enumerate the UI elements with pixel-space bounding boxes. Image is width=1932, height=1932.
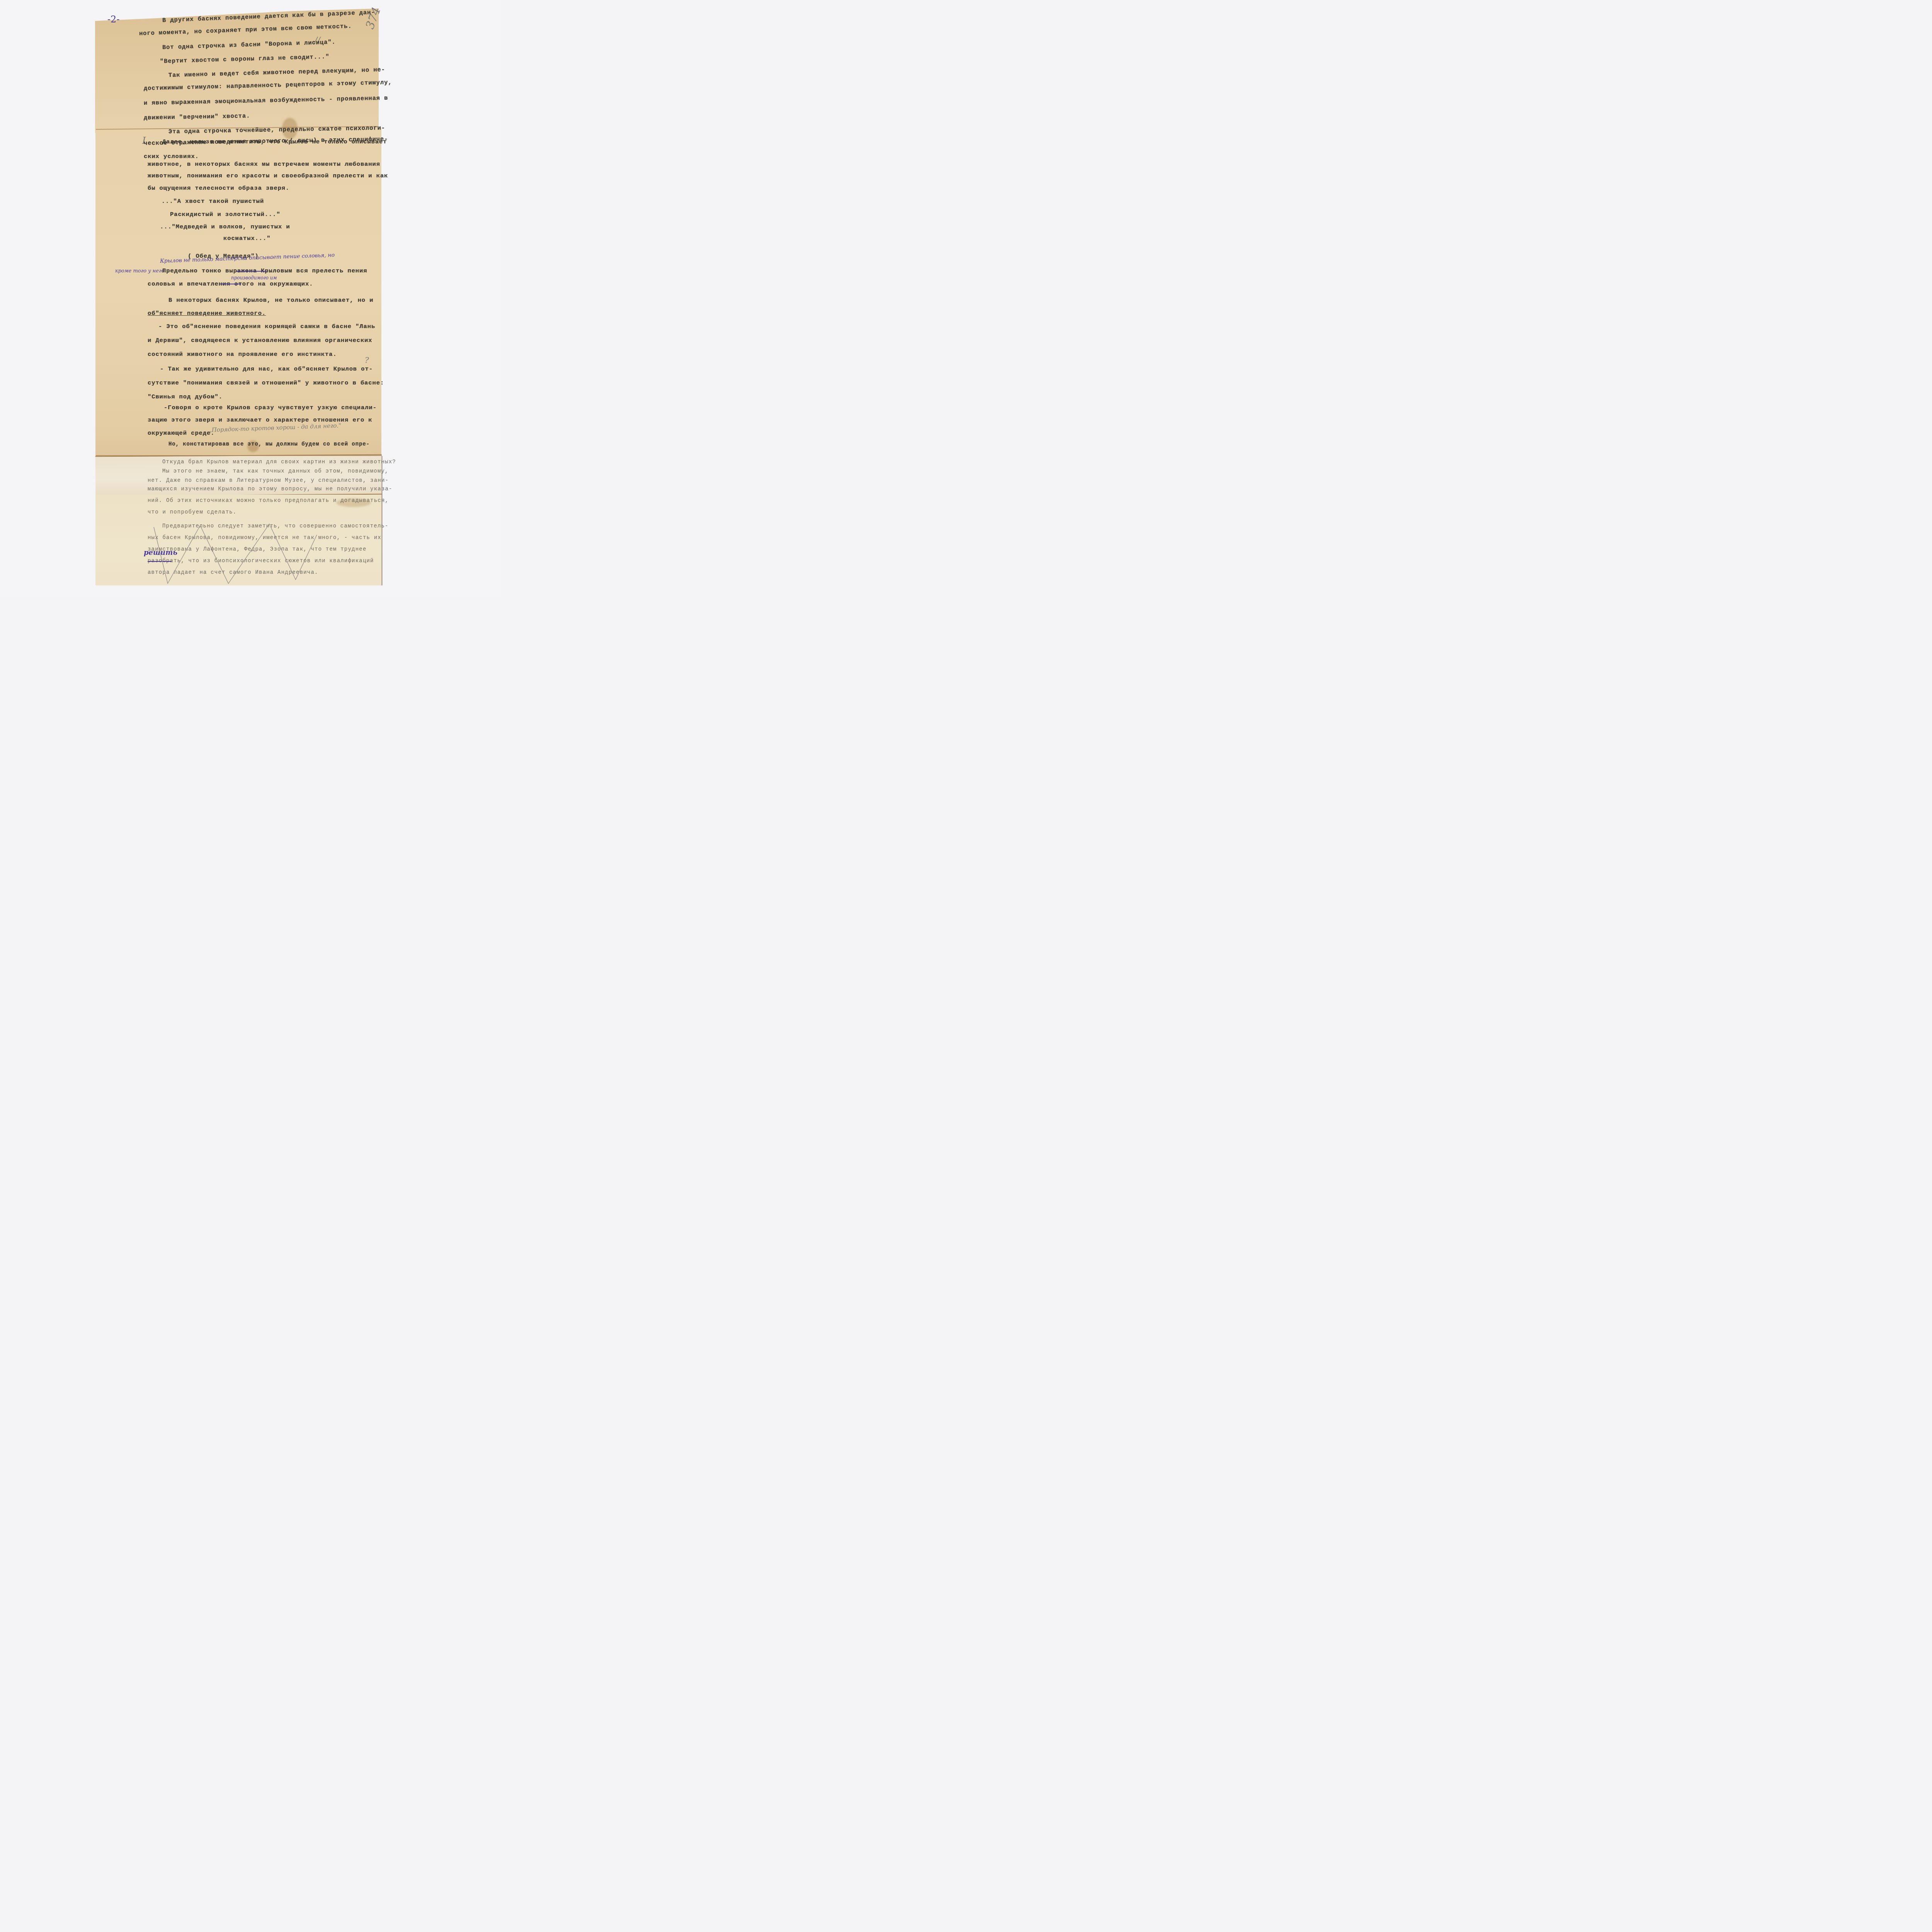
pencil-zigzag-cancellation bbox=[0, 0, 502, 597]
